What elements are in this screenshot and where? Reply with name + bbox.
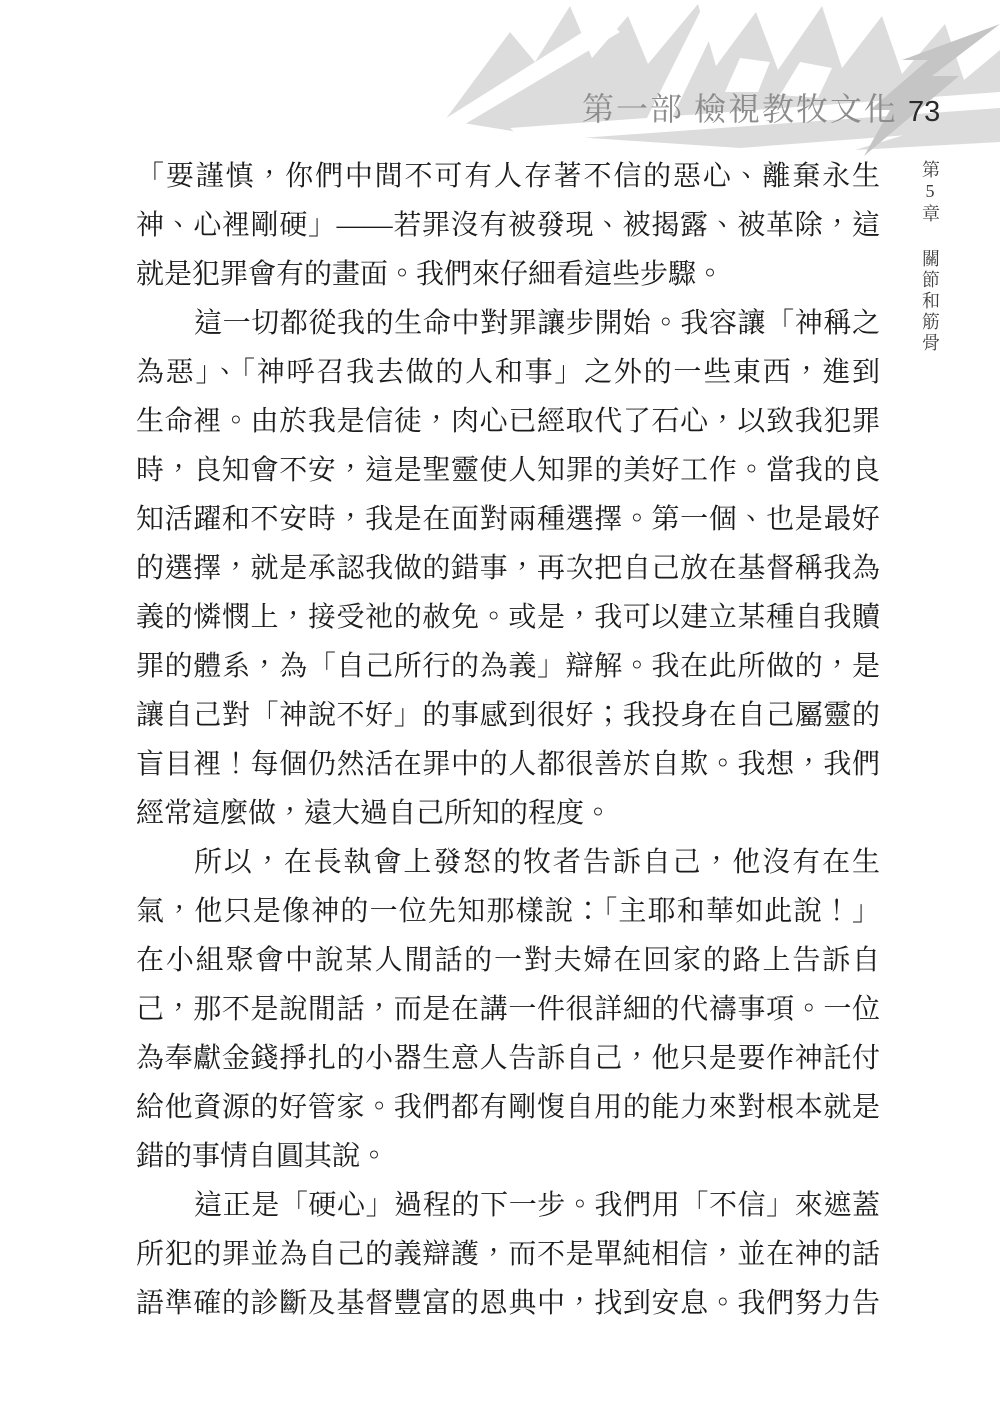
text-line: 「要謹慎，你們中間不可有人存著不信的惡心、離棄永生	[136, 152, 880, 201]
chapter-number-label: 第5章	[920, 160, 940, 225]
text-line: 罪的體系，為「自己所行的為義」辯解。我在此所做的，是	[136, 642, 880, 691]
text-line: 錯的事情自圓其說。	[136, 1132, 880, 1181]
text-line: 己，那不是說閒話，而是在講一件很詳細的代禱事項。一位	[136, 985, 880, 1034]
text-line: 氣，他只是像神的一位先知那樣說：「主耶和華如此說！」	[136, 887, 880, 936]
chapter-title-label: 關節和筋骨	[920, 249, 940, 354]
text-line: 所犯的罪並為自己的義辯護，而不是單純相信，並在神的話	[136, 1230, 880, 1279]
text-line: 生命裡。由於我是信徒，肉心已經取代了石心，以致我犯罪	[136, 397, 880, 446]
part-header-title: 第一部 檢視教牧文化	[582, 84, 898, 130]
text-line: 這正是「硬心」過程的下一步。我們用「不信」來遮蓋	[136, 1181, 880, 1230]
text-line: 為惡」、「神呼召我去做的人和事」之外的一些東西，進到	[136, 348, 880, 397]
text-line: 讓自己對「神說不好」的事感到很好；我投身在自己屬靈的	[136, 691, 880, 740]
text-line: 的選擇，就是承認我做的錯事，再次把自己放在基督稱我為	[136, 544, 880, 593]
book-page: 第一部 檢視教牧文化 73 第5章關節和筋骨 「要謹慎，你們中間不可有人存著不信…	[0, 0, 1000, 1405]
text-line: 語準確的診斷及基督豐富的恩典中，找到安息。我們努力告	[136, 1279, 880, 1328]
chapter-sidebar: 第5章關節和筋骨	[917, 160, 943, 420]
text-line: 盲目裡！每個仍然活在罪中的人都很善於自欺。我想，我們	[136, 740, 880, 789]
text-line: 在小組聚會中說某人閒話的一對夫婦在回家的路上告訴自	[136, 936, 880, 985]
text-line: 經常這麼做，遠大過自己所知的程度。	[136, 789, 880, 838]
text-line: 時，良知會不安，這是聖靈使人知罪的美好工作。當我的良	[136, 446, 880, 495]
text-line: 所以，在長執會上發怒的牧者告訴自己，他沒有在生	[136, 838, 880, 887]
text-line: 給他資源的好管家。我們都有剛愎自用的能力來對根本就是	[136, 1083, 880, 1132]
page-number: 73	[908, 96, 940, 129]
text-line: 神、心裡剛硬」——若罪沒有被發現、被揭露、被革除，這	[136, 201, 880, 250]
text-line: 為奉獻金錢掙扎的小器生意人告訴自己，他只是要作神託付	[136, 1034, 880, 1083]
body-text-block: 「要謹慎，你們中間不可有人存著不信的惡心、離棄永生神、心裡剛硬」——若罪沒有被發…	[136, 152, 880, 1328]
text-line: 就是犯罪會有的畫面。我們來仔細看這些步驟。	[136, 250, 880, 299]
text-line: 義的憐憫上，接受祂的赦免。或是，我可以建立某種自我贖	[136, 593, 880, 642]
text-line: 知活躍和不安時，我是在面對兩種選擇。第一個、也是最好	[136, 495, 880, 544]
text-line: 這一切都從我的生命中對罪讓步開始。我容讓「神稱之	[136, 299, 880, 348]
